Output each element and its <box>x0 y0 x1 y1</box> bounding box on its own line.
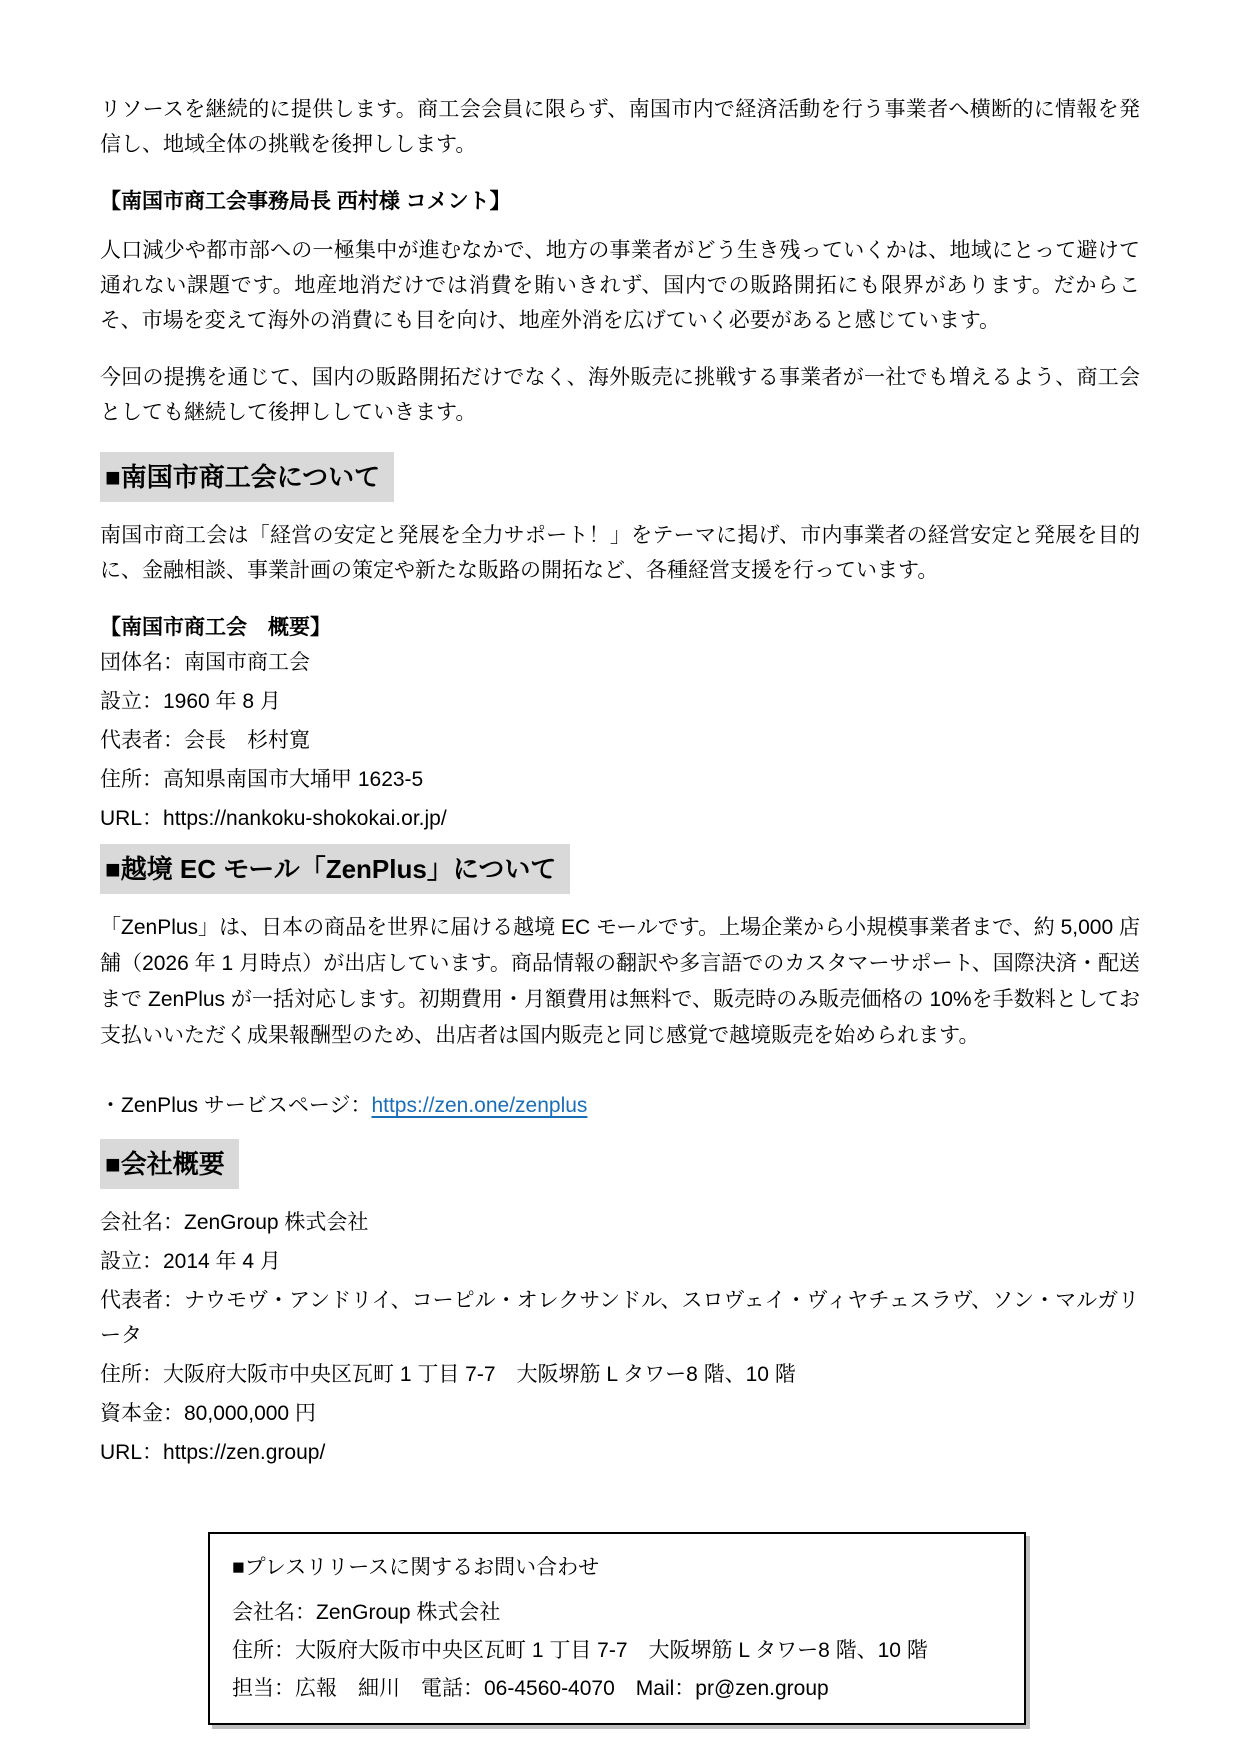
zenplus-service-line: ・ZenPlus サービスページ：https://zen.one/zenplus <box>100 1088 1140 1123</box>
section-heading-company: ■会社概要 <box>100 1139 239 1189</box>
section-zenplus-heading-row: ■越境 EC モール「ZenPlus」について <box>100 844 1140 894</box>
shokokai-detail-founded: 設立：1960 年 8 月 <box>100 684 1140 719</box>
company-detail-url: URL：https://zen.group/ <box>100 1435 1140 1470</box>
comment-paragraph-1: 人口減少や都市部への一極集中が進むなかで、地方の事業者がどう生き残っていくかは、… <box>100 233 1140 338</box>
shokokai-detail-representative: 代表者：会長 杉村寛 <box>100 723 1140 758</box>
shokokai-detail-name: 団体名：南国市商工会 <box>100 645 1140 680</box>
shokokai-detail-url: URL：https://nankoku-shokokai.or.jp/ <box>100 801 1140 836</box>
company-detail-address: 住所：大阪府大阪市中央区瓦町 1 丁目 7-7 大阪堺筋 L タワー8 階、10… <box>100 1357 1140 1392</box>
contact-address: 住所：大阪府大阪市中央区瓦町 1 丁目 7-7 大阪堺筋 L タワー8 階、10… <box>232 1633 1000 1668</box>
shokokai-body: 南国市商工会は「経営の安定と発展を全力サポート！」をテーマに掲げ、市内事業者の経… <box>100 518 1140 588</box>
company-detail-capital: 資本金：80,000,000 円 <box>100 1396 1140 1431</box>
contact-company: 会社名：ZenGroup 株式会社 <box>232 1595 1000 1630</box>
section-heading-shokokai: ■南国市商工会について <box>100 452 394 502</box>
section-company-heading-row: ■会社概要 <box>100 1139 1140 1189</box>
comment-paragraph-2: 今回の提携を通じて、国内の販路開拓だけでなく、海外販売に挑戦する事業者が一社でも… <box>100 360 1140 430</box>
zenplus-body: 「ZenPlus」は、日本の商品を世界に届ける越境 EC モールです。上場企業か… <box>100 910 1140 1054</box>
company-detail-name: 会社名：ZenGroup 株式会社 <box>100 1205 1140 1240</box>
comment-heading: 【南国市商工会事務局長 西村様 コメント】 <box>100 184 1140 219</box>
company-detail-representatives: 代表者：ナウモヴ・アンドリイ、コーピル・オレクサンドル、スロヴェイ・ヴィヤチェス… <box>100 1283 1140 1353</box>
section-shokokai-heading-row: ■南国市商工会について <box>100 452 1140 502</box>
zenplus-service-label: ・ZenPlus サービスページ： <box>100 1094 371 1117</box>
contact-box: ■プレスリリースに関するお問い合わせ 会社名：ZenGroup 株式会社 住所：… <box>208 1532 1026 1725</box>
company-detail-founded: 設立：2014 年 4 月 <box>100 1244 1140 1279</box>
shokokai-overview-heading: 【南国市商工会 概要】 <box>100 610 1140 645</box>
intro-paragraph: リソースを継続的に提供します。商工会会員に限らず、南国市内で経済活動を行う事業者… <box>100 92 1140 162</box>
contact-heading: ■プレスリリースに関するお問い合わせ <box>232 1550 1000 1585</box>
section-heading-zenplus: ■越境 EC モール「ZenPlus」について <box>100 844 570 894</box>
zenplus-service-link[interactable]: https://zen.one/zenplus <box>371 1094 587 1117</box>
press-release-page: リソースを継続的に提供します。商工会会員に限らず、南国市内で経済活動を行う事業者… <box>0 0 1240 1755</box>
shokokai-detail-address: 住所：高知県南国市大埇甲 1623-5 <box>100 762 1140 797</box>
contact-person: 担当：広報 細川 電話：06-4560-4070 Mail：pr@zen.gro… <box>232 1671 1000 1706</box>
